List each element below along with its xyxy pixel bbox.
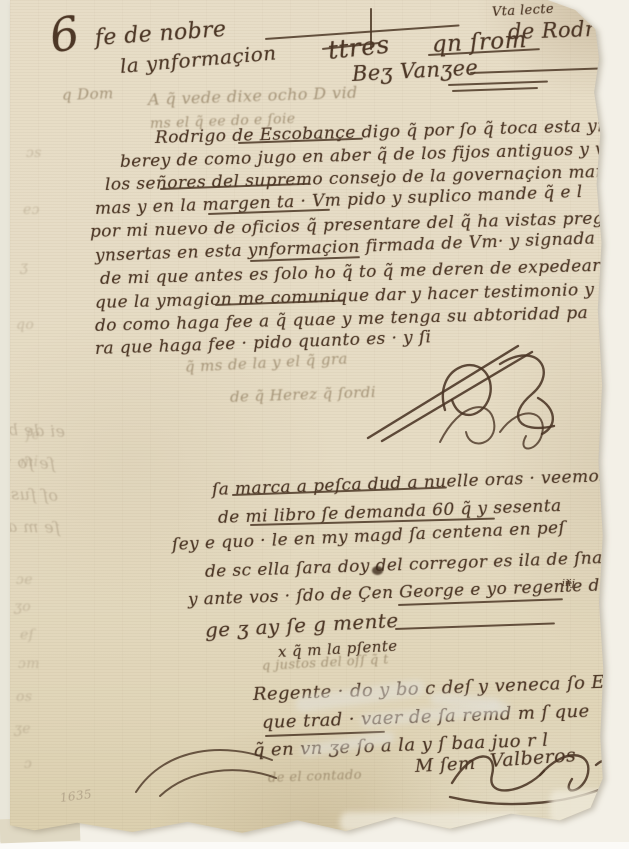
manuscript-sheet-wrapper: Vta lecte 6 fe de nobre la ynformaçion t… [0, 0, 629, 849]
faded-line: A q̃ vede dixe ocho D vid [148, 85, 358, 108]
edge-pale-patch [550, 790, 629, 824]
header-line: Beʒ Vanʒee [351, 57, 478, 85]
header-double-underline [452, 87, 538, 92]
middle-line: de sc ella ſara doy del corregor es ila … [205, 550, 603, 581]
margin-bleed-fragment: mi [20, 455, 39, 469]
margin-bleed-fragment: eſ [20, 628, 34, 642]
bleedthrough-line: ſe m aſ · oʒ · de ʒ en [0, 515, 60, 536]
margin-bleed-fragment: ɔe [16, 573, 33, 587]
margin-bleed-fragment: qo [16, 318, 34, 332]
margin-bleed-fragment: ʒo [14, 600, 31, 614]
margin-bleed-fragment: ɔs [26, 146, 42, 160]
header-dash [470, 67, 618, 74]
bottom-left-flourish-svg [130, 738, 280, 800]
folio-number-pencil: 1635 [59, 788, 92, 804]
opening-flourish-numeral: 6 [46, 9, 83, 59]
faded-line: de el contado [268, 769, 362, 785]
faded-line: q Dom [62, 86, 114, 103]
header-double-underline [448, 81, 548, 86]
margin-bleed-fragment: ʒ [20, 260, 28, 274]
margin-bleed-fragment: os [16, 690, 32, 704]
faded-line: de q̃ Herez q̃ ſordi [230, 385, 376, 405]
secondary-flourish-svg [430, 392, 560, 457]
ink-blot [372, 566, 383, 575]
manuscript-sheet: Vta lecte 6 fe de nobre la ynformaçion t… [10, 0, 621, 837]
top-right-annotation: Vta lecte [492, 3, 555, 19]
header-line: de Rodrigo de [508, 17, 629, 43]
middle-roman-numeral: iiij [562, 580, 575, 589]
bleedthrough-line: oſ ſus de neſ · aeſo · ʒ ſm q̃ [0, 480, 58, 504]
margin-bleed-fragment: ɔm [18, 657, 40, 671]
rubric-flourish-svg [440, 735, 625, 807]
edge-pale-patch [340, 812, 520, 832]
margin-bleed-fragment: ſe [26, 428, 40, 442]
margin-bleed-fragment: eɔ [23, 203, 40, 217]
margin-bleed-fragment: ʒe [14, 722, 31, 736]
middle-rule [395, 622, 555, 630]
margin-bleed-fragment: ɔ [24, 757, 32, 771]
middle-line: ge ʒ ay ſe g mente [204, 610, 399, 640]
